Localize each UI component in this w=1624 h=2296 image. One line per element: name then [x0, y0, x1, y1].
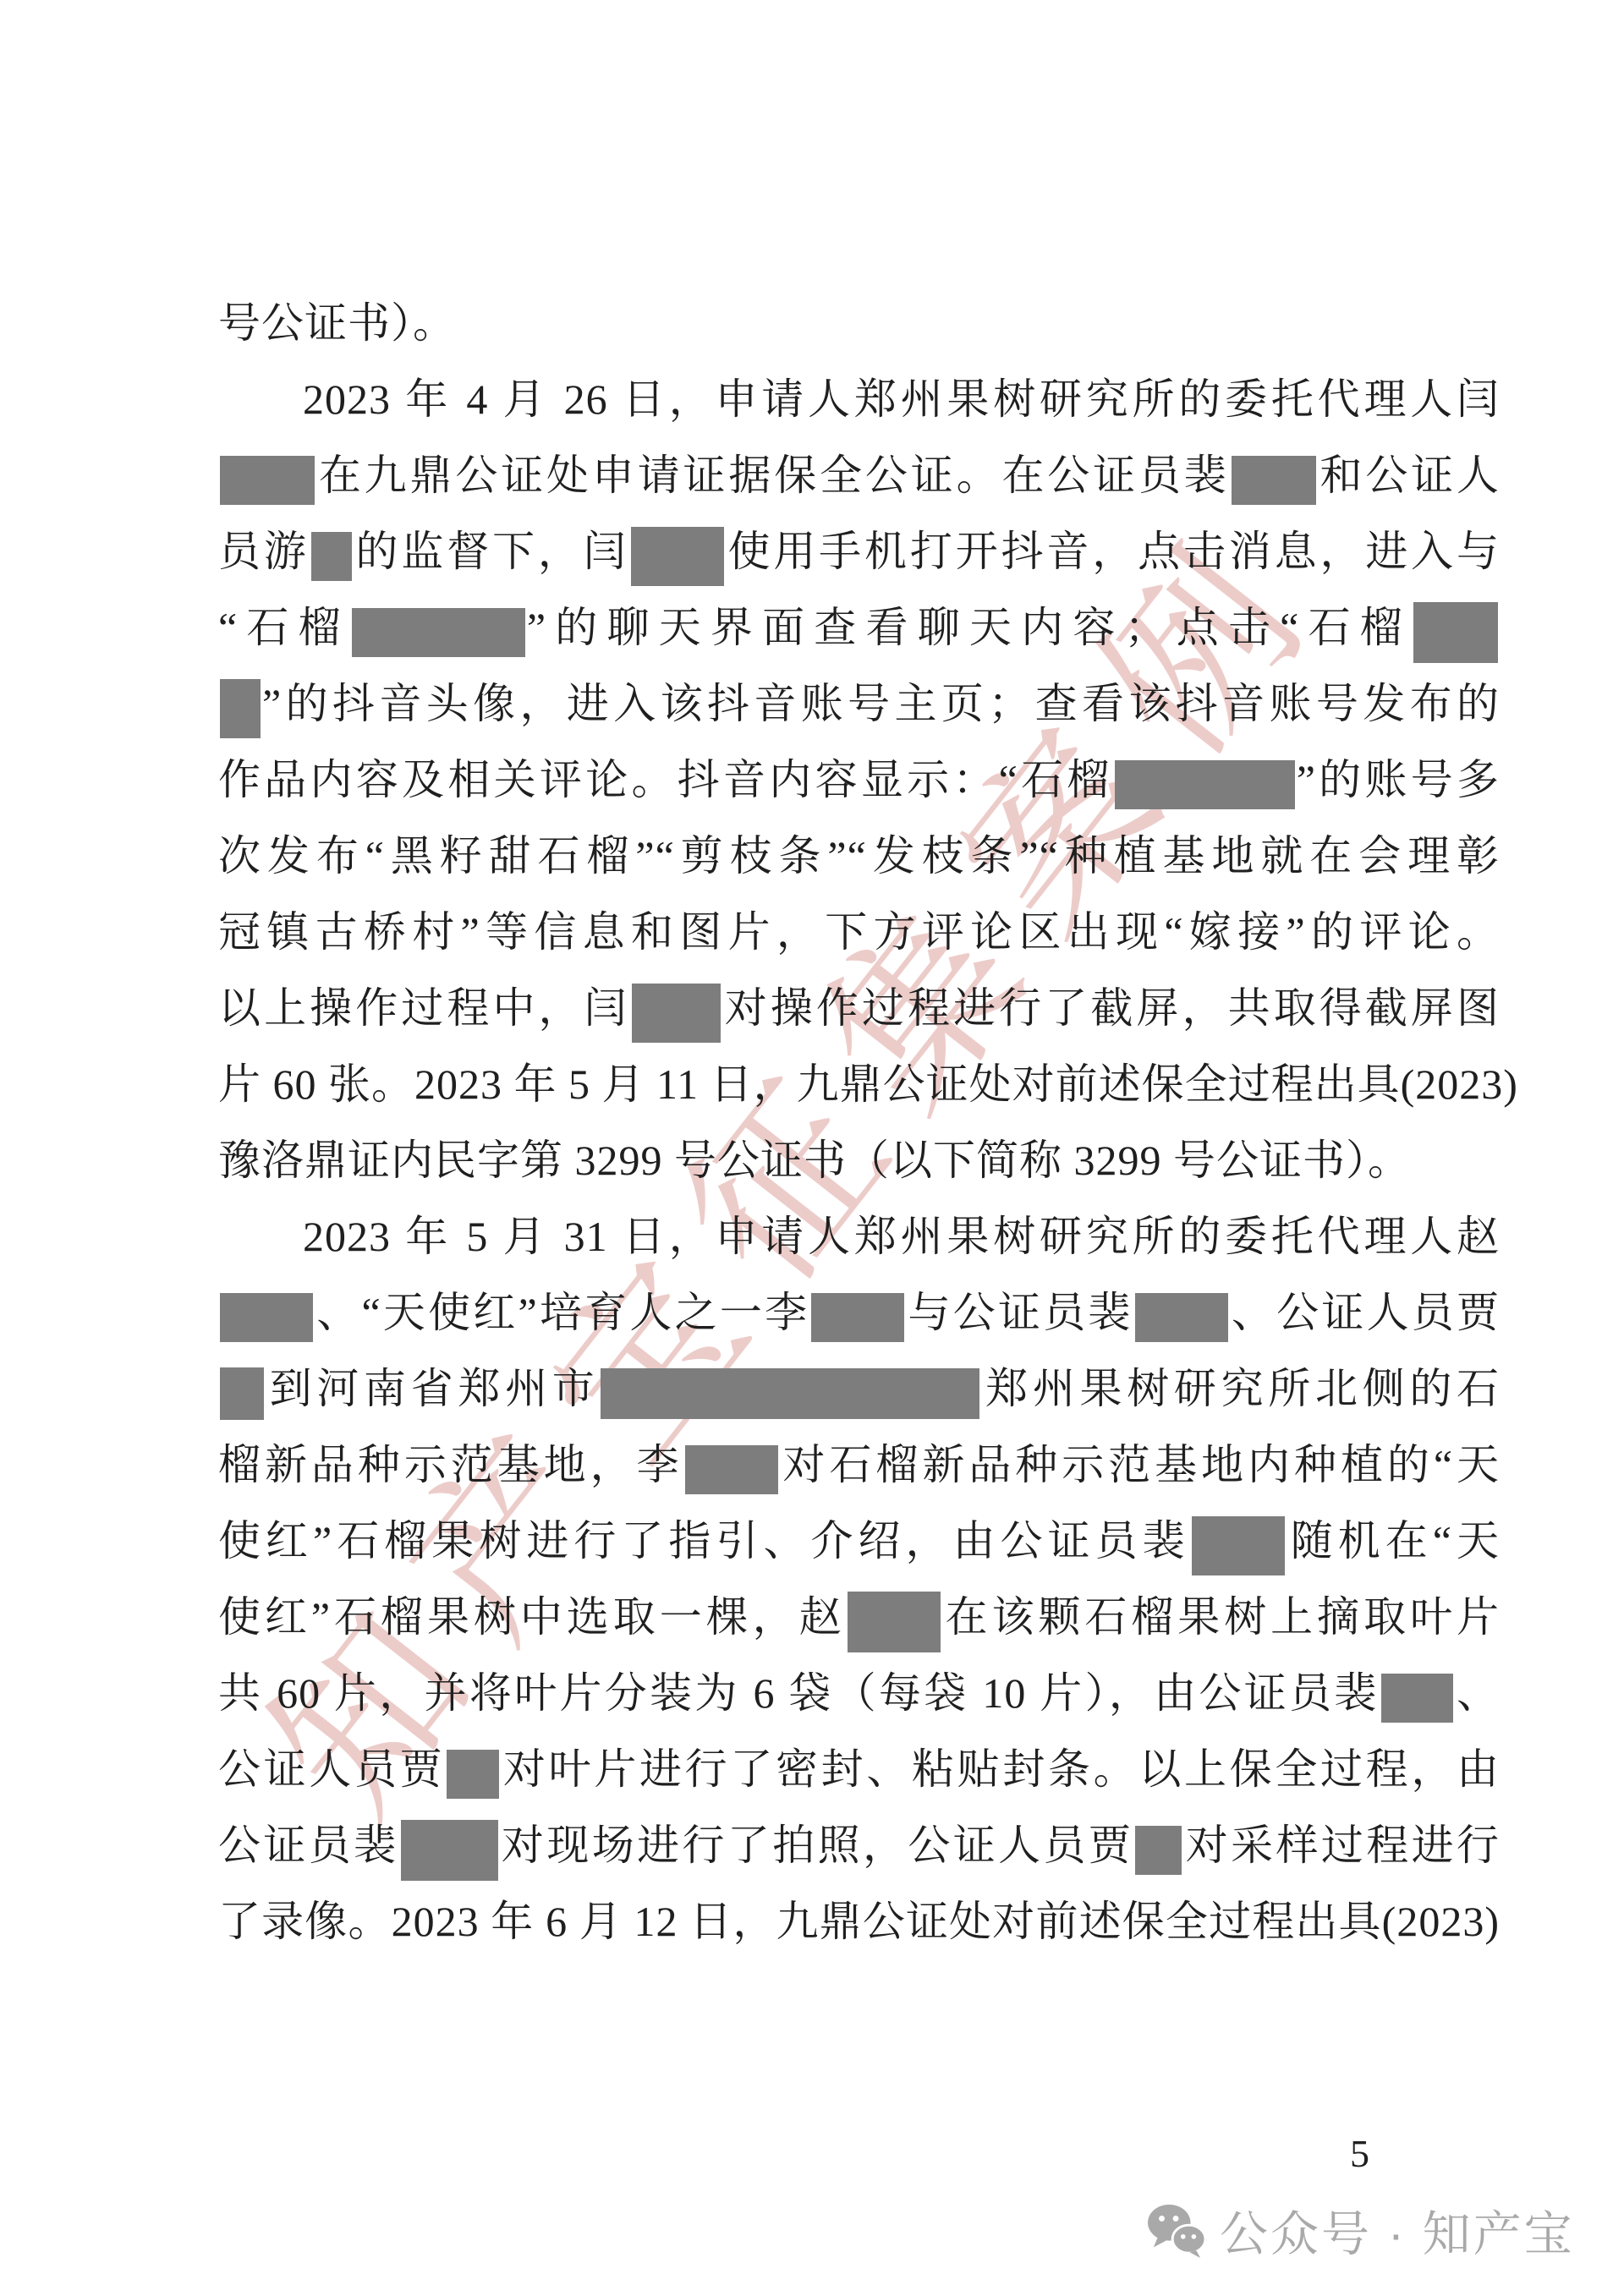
redaction-box: [1232, 456, 1316, 505]
text-line: 2023 年 5 月 31 日，申请人郑州果树研究所的委托代理人赵: [218, 1198, 1500, 1274]
text-segment: 、: [1455, 1669, 1500, 1717]
redaction-box: [1192, 1516, 1285, 1575]
text-line: 了录像。2023 年 6 月 12 日，九鼎公证处对前述保全过程出具(2023): [218, 1883, 1500, 1959]
text-segment: 豫洛鼎证内民字第 3299 号公证书（以下简称 3299 号公证书）。: [218, 1137, 1411, 1184]
redaction-box: [601, 1368, 979, 1419]
footer-wechat-label: 公众号 · 知产宝: [1220, 2195, 1575, 2265]
text-segment: 片 60 张。2023 年 5 月 11 日，九鼎公证处对前述保全过程出具(20…: [218, 1060, 1518, 1108]
text-segment: 2023 年 4 月 26 日，申请人郑州果树研究所的委托代理人闫: [303, 375, 1500, 423]
redaction-box: [631, 527, 724, 586]
text-line: 2023 年 4 月 26 日，申请人郑州果树研究所的委托代理人闫: [218, 361, 1500, 437]
text-line: 、“天使红”培育人之一李与公证员裴、公证人员贾: [218, 1274, 1500, 1351]
redaction-box: [632, 984, 721, 1043]
text-segment: ”的抖音头像，进入该抖音账号主页；查看该抖音账号发布的: [262, 680, 1500, 727]
redaction-box: [1115, 760, 1295, 809]
text-line: 公证员裴对现场进行了拍照，公证人员贾对采样过程进行: [218, 1807, 1500, 1883]
redaction-box: [352, 608, 525, 657]
text-line: 员游的监督下，闫使用手机打开抖音，点击消息，进入与: [218, 513, 1500, 589]
document-page: 知产宝征集案例 号公证书）。2023 年 4 月 26 日，申请人郑州果树研究所…: [0, 0, 1624, 2296]
text-segment: 共 60 片，并将叶片分装为 6 袋（每袋 10 片），由公证员裴: [218, 1669, 1380, 1717]
text-segment: 对叶片进行了密封、粘贴封条。以上保全过程，由: [501, 1745, 1500, 1793]
text-segment: 对现场进行了拍照，公证人员贾: [500, 1822, 1134, 1869]
text-segment: 使用手机打开抖音，点击消息，进入与: [726, 528, 1500, 575]
text-segment: 作品内容及相关评论。抖音内容显示：“石榴: [218, 756, 1113, 803]
text-segment: “石榴: [218, 604, 350, 651]
text-line: 冠镇古桥村”等信息和图片，下方评论区出现“嫁接”的评论。: [218, 894, 1500, 970]
text-segment: 2023 年 5 月 31 日，申请人郑州果树研究所的委托代理人赵: [303, 1213, 1500, 1260]
text-segment: 使红”石榴果树进行了指引、介绍，由公证员裴: [218, 1517, 1190, 1564]
wechat-icon: [1147, 2202, 1206, 2258]
text-segment: 公证人员贾: [218, 1745, 445, 1793]
text-line: 片 60 张。2023 年 5 月 11 日，九鼎公证处对前述保全过程出具(20…: [218, 1046, 1500, 1122]
text-segment: 与公证员裴: [906, 1289, 1133, 1336]
text-line: 在九鼎公证处申请证据保全公证。在公证员裴和公证人: [218, 437, 1500, 513]
text-line: 公证人员贾对叶片进行了密封、粘贴封条。以上保全过程，由: [218, 1731, 1500, 1807]
text-segment: 、公证人员贾: [1230, 1289, 1500, 1336]
text-segment: ”的聊天界面查看聊天内容；点击“石榴: [527, 604, 1412, 651]
text-line: 使红”石榴果树中选取一棵，赵在该颗石榴果树上摘取叶片: [218, 1579, 1500, 1655]
text-line: 使红”石榴果树进行了指引、介绍，由公证员裴随机在“天: [218, 1503, 1500, 1579]
text-segment: 次发布“黑籽甜石榴”“剪枝条”“发枝条”“种植基地就在会理彰: [218, 832, 1500, 879]
text-segment: 郑州果树研究所北侧的石: [981, 1365, 1500, 1412]
footer: 公众号 · 知产宝: [1147, 2195, 1575, 2265]
text-segment: 到河南省郑州市: [266, 1365, 599, 1412]
text-segment: 了录像。2023 年 6 月 12 日，九鼎公证处对前述保全过程出具(2023): [218, 1898, 1500, 1945]
text-line: 豫洛鼎证内民字第 3299 号公证书（以下简称 3299 号公证书）。: [218, 1122, 1500, 1198]
text-segment: ”的账号多: [1297, 756, 1500, 803]
redaction-box: [220, 456, 315, 505]
text-segment: 对操作过程进行了截屏，共取得截屏图: [722, 984, 1500, 1032]
redaction-box: [1413, 602, 1498, 663]
text-line: 到河南省郑州市郑州果树研究所北侧的石: [218, 1351, 1500, 1427]
text-line: 次发布“黑籽甜石榴”“剪枝条”“发枝条”“种植基地就在会理彰: [218, 818, 1500, 894]
redaction-box: [220, 1367, 264, 1420]
text-segment: 的监督下，闫: [354, 528, 629, 575]
redaction-box: [848, 1592, 941, 1652]
text-segment: 在该颗石榴果树上摘取叶片: [942, 1593, 1500, 1641]
redaction-box: [685, 1445, 778, 1494]
text-segment: 、“天使红”培育人之一李: [315, 1289, 809, 1336]
text-line: 号公证书）。: [218, 285, 1500, 361]
text-segment: 以上操作过程中，闫: [218, 984, 630, 1032]
text-segment: 和公证人: [1318, 452, 1500, 499]
redaction-box: [220, 1293, 313, 1342]
redaction-box: [1135, 1293, 1228, 1342]
text-segment: 对石榴新品种示范基地内种植的“天: [780, 1441, 1500, 1488]
redaction-box: [811, 1293, 904, 1342]
text-line: 榴新品种示范基地，李对石榴新品种示范基地内种植的“天: [218, 1427, 1500, 1503]
text-segment: 对采样过程进行: [1183, 1822, 1500, 1869]
text-line: 作品内容及相关评论。抖音内容显示：“石榴”的账号多: [218, 742, 1500, 818]
text-line: 共 60 片，并将叶片分装为 6 袋（每袋 10 片），由公证员裴、: [218, 1655, 1500, 1731]
redaction-box: [401, 1820, 498, 1881]
text-segment: 员游: [218, 528, 310, 575]
text-segment: 使红”石榴果树中选取一棵，赵: [218, 1593, 846, 1641]
text-segment: 在九鼎公证处申请证据保全公证。在公证员裴: [316, 452, 1230, 499]
text-segment: 冠镇古桥村”等信息和图片，下方评论区出现“嫁接”的评论。: [218, 908, 1500, 956]
text-segment: 号公证书）。: [218, 299, 456, 347]
text-line: 以上操作过程中，闫对操作过程进行了截屏，共取得截屏图: [218, 970, 1500, 1046]
text-line: “石榴”的聊天界面查看聊天内容；点击“石榴: [218, 589, 1500, 666]
text-line: ”的抖音头像，进入该抖音账号主页；查看该抖音账号发布的: [218, 666, 1500, 742]
redaction-box: [1381, 1674, 1453, 1723]
redaction-box: [447, 1750, 499, 1799]
text-segment: 随机在“天: [1287, 1517, 1500, 1564]
redaction-box: [311, 532, 352, 581]
document-body: 号公证书）。2023 年 4 月 26 日，申请人郑州果树研究所的委托代理人闫在…: [218, 285, 1500, 1959]
redaction-box: [1135, 1826, 1182, 1875]
redaction-box: [220, 679, 261, 738]
text-segment: 公证员裴: [218, 1822, 399, 1869]
text-segment: 榴新品种示范基地，李: [218, 1441, 683, 1488]
page-number: 5: [1350, 2131, 1369, 2176]
